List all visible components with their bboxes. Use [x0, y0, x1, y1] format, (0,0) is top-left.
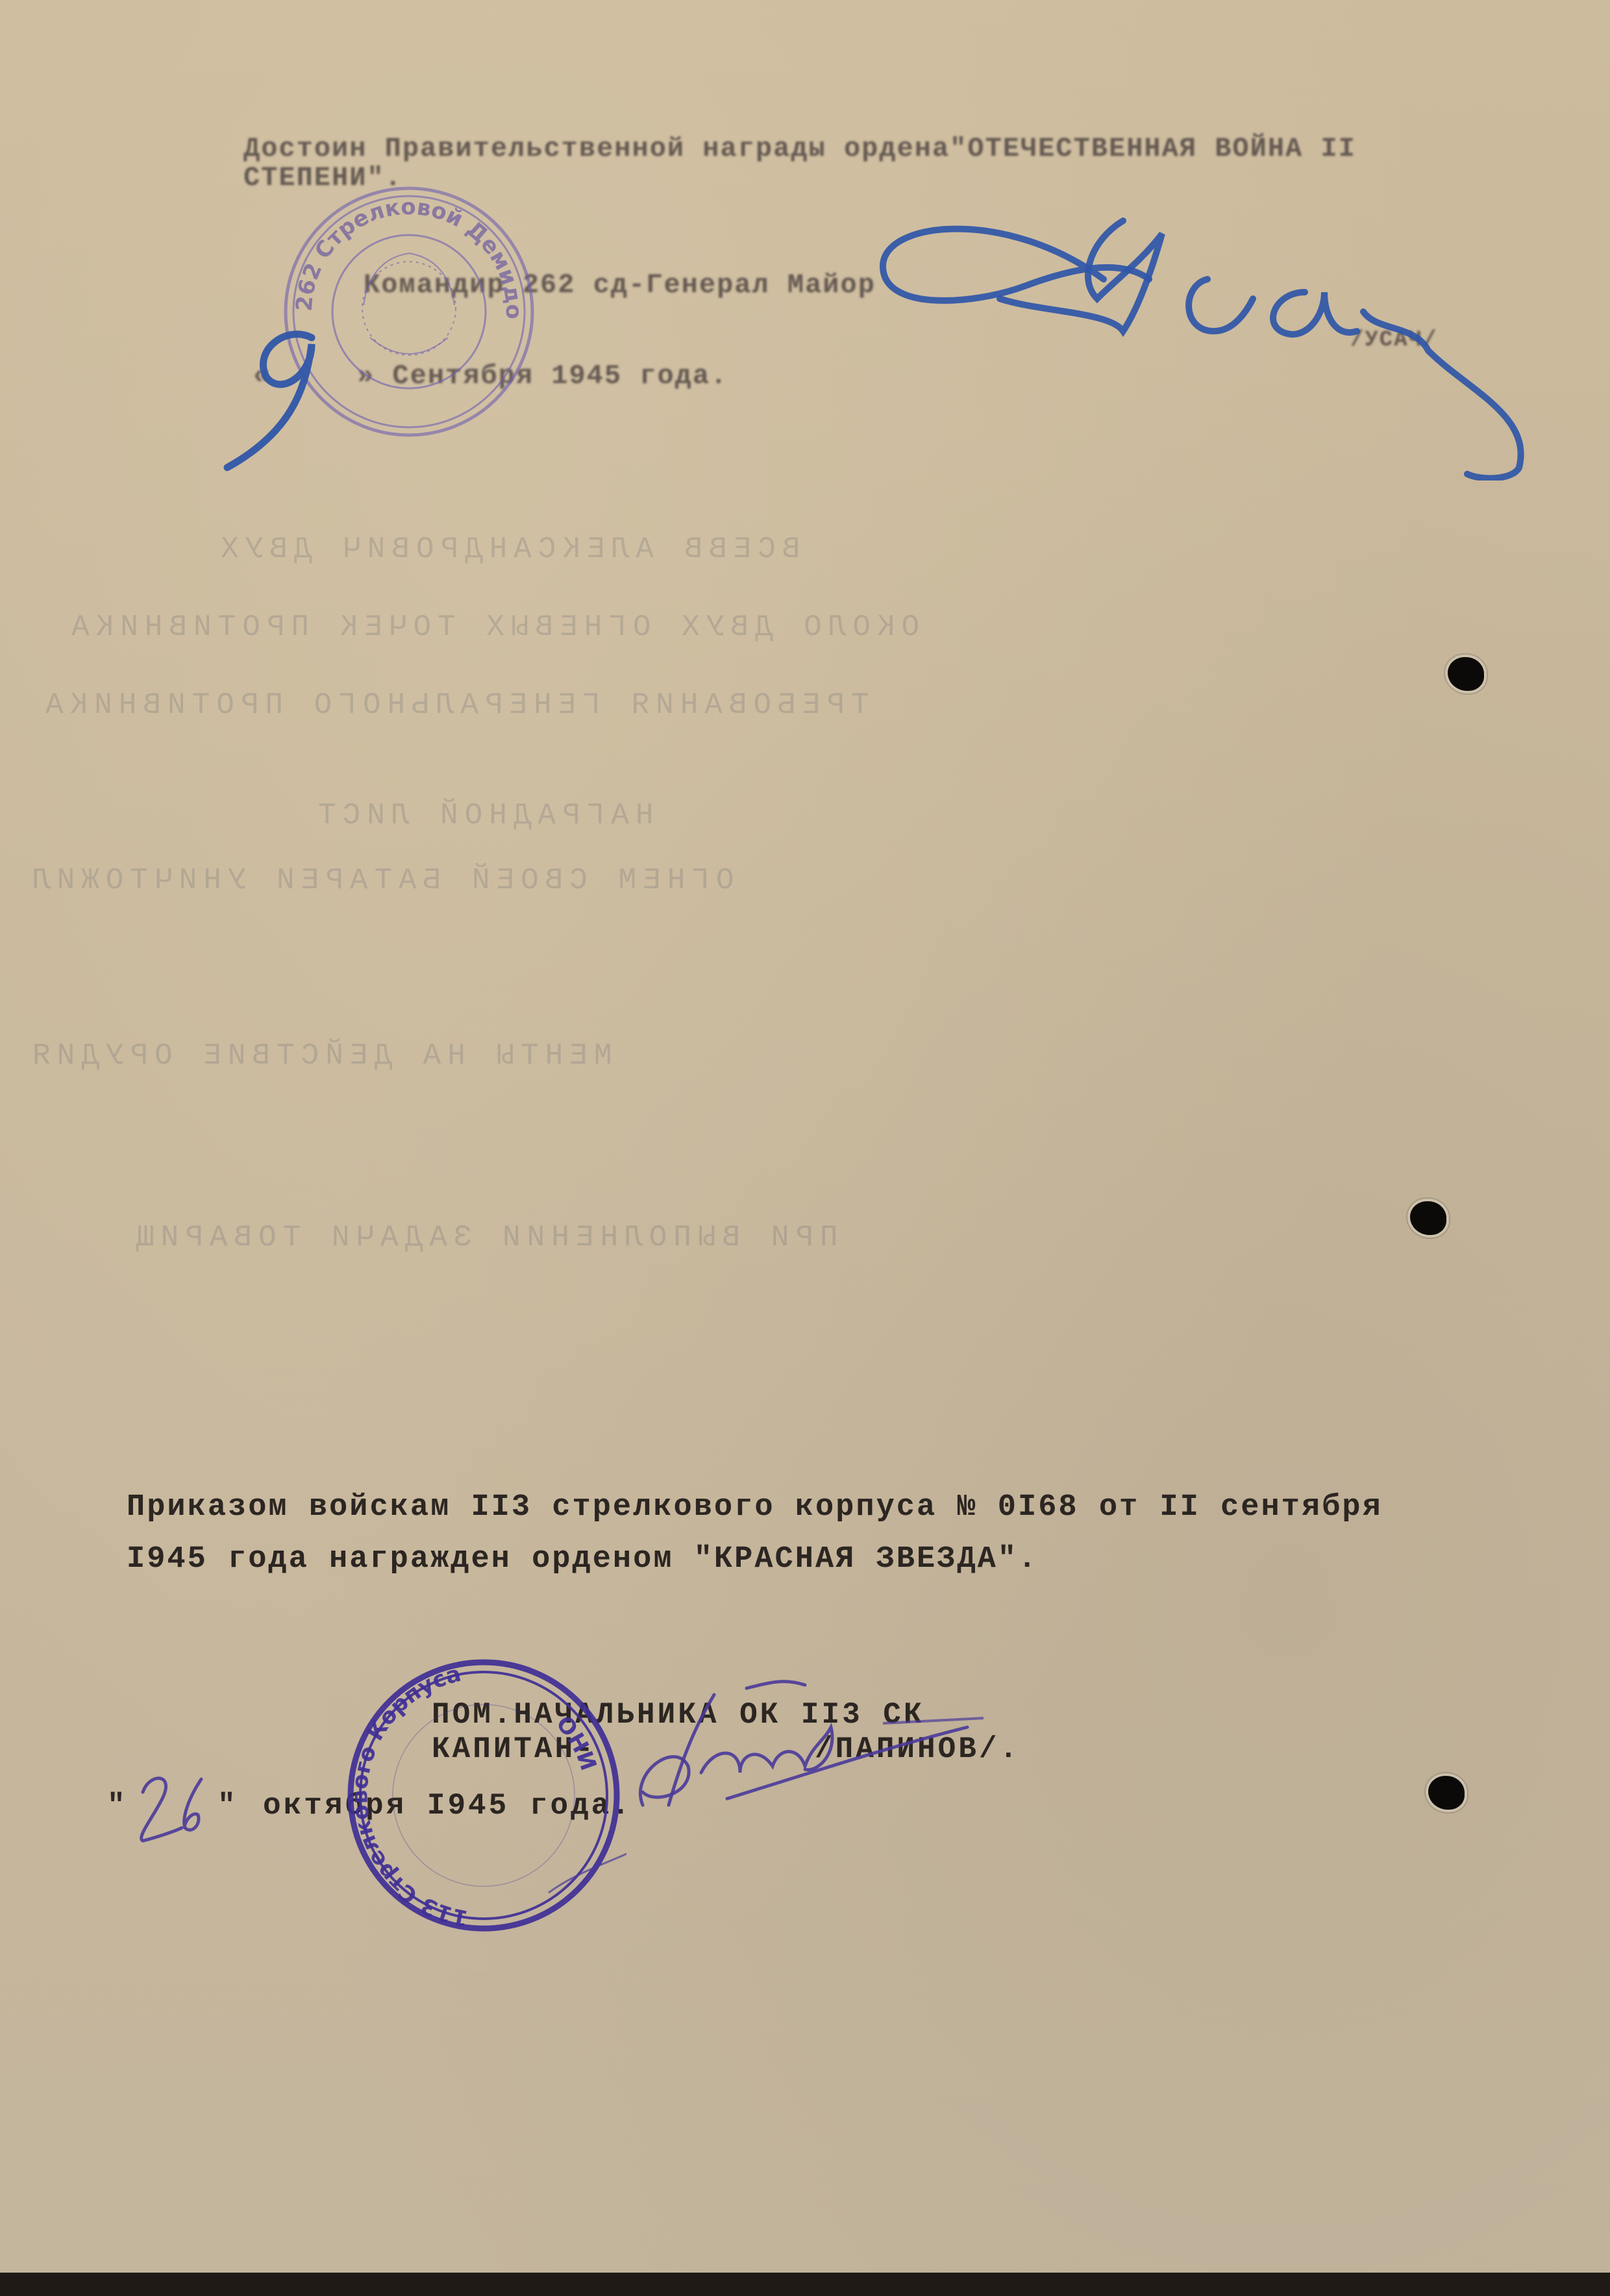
svg-text:113 Стрелкового Корпуса: 113 Стрелкового Корпуса — [347, 1661, 470, 1932]
corps-stamp-text: 113 Стрелкового Корпуса — [347, 1661, 470, 1932]
corps-stamp: 113 Стрелкового Корпуса ОНИ — [341, 1653, 626, 1938]
bleed-through-text: ПРИ ВЫПОЛНЕНИИ ЗАДАЧИ ТОВАРИЩ — [130, 1221, 838, 1254]
division-date-day — [214, 312, 344, 480]
document-page: ВСЕВВ АЛЕКСАНДРОВИЧ ДВУХ ОКОЛО ДВУХ ОГНЕ… — [0, 0, 1610, 2278]
punch-hole — [1448, 657, 1484, 691]
scan-edge — [0, 2273, 1610, 2296]
bleed-through-text: НАГРАДНОЙ ЛИСТ — [312, 799, 653, 832]
bleed-through-text: ВСЕВВ АЛЕКСАНДРОВИЧ ДВУХ — [214, 532, 800, 566]
punch-hole — [1428, 1776, 1465, 1810]
bleed-through-text: МЕНТЫ НА ДЕЙСТВИЕ ОРУДИЯ — [26, 1039, 612, 1073]
punch-hole — [1410, 1201, 1446, 1235]
award-recommendation-line-1: Достоин Правительственной награды ордена… — [243, 133, 1356, 164]
order-line-2: I945 года награжден орденом "КРАСНАЯ ЗВЕ… — [127, 1542, 1038, 1577]
signer-signature — [617, 1675, 980, 1831]
corps-date-day — [117, 1766, 221, 1851]
bleed-through-text: ОКОЛО ДВУХ ОГНЕВЫХ ТОЧЕК ПРОТИВНИКА — [65, 610, 919, 644]
bleed-through-text: ТРЕБОВАНИЯ ГЕНЕРАЛЬНОГО ПРОТИВНИКА — [39, 688, 869, 722]
commander-signature — [844, 182, 1591, 480]
order-line-1: Приказом войскам II3 стрелкового корпуса… — [127, 1490, 1383, 1525]
bleed-through-text: ОГНЕМ СВОЕЙ БАТАРЕИ УНИЧТОЖИЛ — [26, 864, 734, 897]
